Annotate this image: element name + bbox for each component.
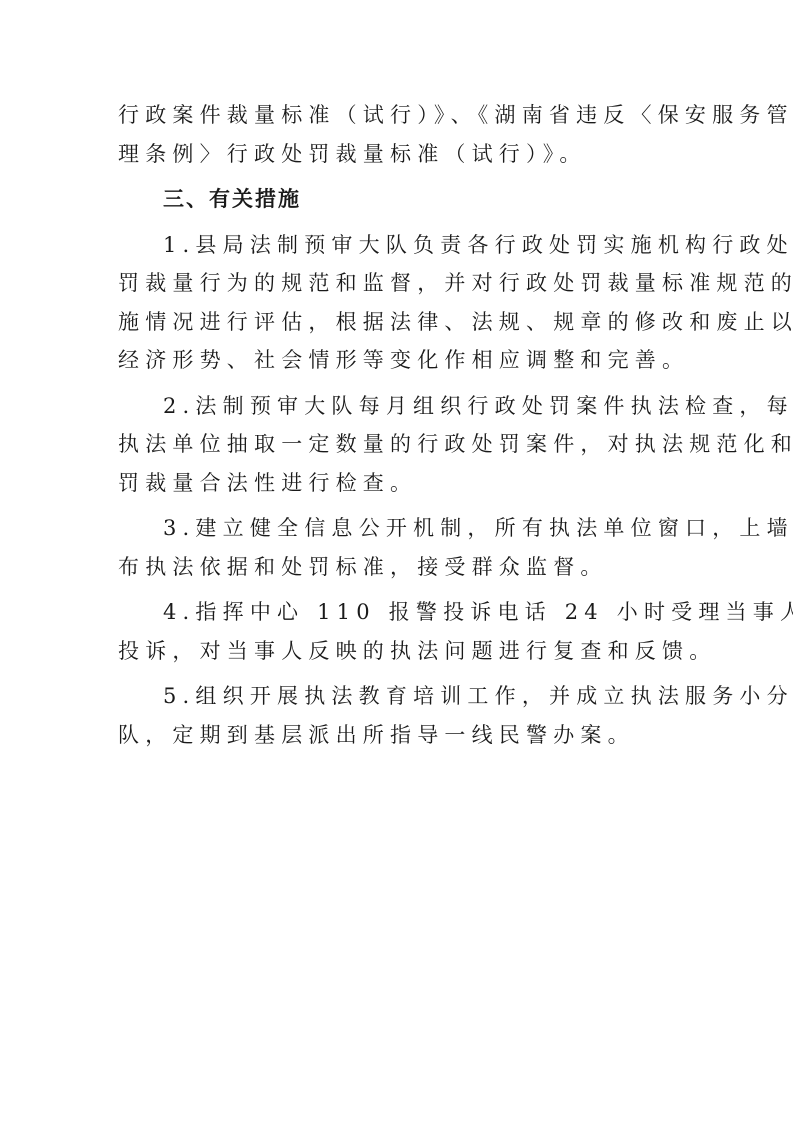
text-line: 投诉，对当事人反映的执法问题进行复查和反馈。: [118, 632, 674, 671]
text-line: 罚裁量合法性进行检查。: [118, 464, 674, 503]
text-line: 队，定期到基层派出所指导一线民警办案。: [118, 716, 674, 755]
text-line: 4.指挥中心 110 报警投诉电话 24 小时受理当事人执法: [118, 593, 674, 632]
text-line: 罚裁量行为的规范和监督，并对行政处罚裁量标准规范的实: [118, 264, 674, 303]
text-line: 执法单位抽取一定数量的行政处罚案件，对执法规范化和处: [118, 425, 674, 464]
measure-item-2: 2.法制预审大队每月组织行政处罚案件执法检查，每个 执法单位抽取一定数量的行政处…: [118, 387, 674, 503]
measure-item-3: 3.建立健全信息公开机制，所有执法单位窗口，上墙公 布执法依据和处罚标准，接受群…: [118, 509, 674, 586]
measure-item-5: 5.组织开展执法教育培训工作，并成立执法服务小分 队，定期到基层派出所指导一线民…: [118, 677, 674, 754]
intro-paragraph: 行政案件裁量标准（试行）》、《湖南省违反〈保安服务管 理条例〉行政处罚裁量标准（…: [118, 96, 674, 173]
text-line: 理条例〉行政处罚裁量标准（试行）》。: [118, 135, 674, 174]
text-line: 1.县局法制预审大队负责各行政处罚实施机构行政处: [118, 226, 674, 265]
text-line: 5.组织开展执法教育培训工作，并成立执法服务小分: [118, 677, 674, 716]
document-page: 行政案件裁量标准（试行）》、《湖南省违反〈保安服务管 理条例〉行政处罚裁量标准（…: [118, 96, 674, 754]
text-line: 3.建立健全信息公开机制，所有执法单位窗口，上墙公: [118, 509, 674, 548]
measure-item-1: 1.县局法制预审大队负责各行政处罚实施机构行政处 罚裁量行为的规范和监督，并对行…: [118, 226, 674, 380]
section-heading: 三、有关措施: [118, 180, 674, 219]
text-line: 2.法制预审大队每月组织行政处罚案件执法检查，每个: [118, 387, 674, 426]
text-line: 经济形势、社会情形等变化作相应调整和完善。: [118, 341, 674, 380]
text-line: 施情况进行评估，根据法律、法规、规章的修改和废止以及: [118, 303, 674, 342]
measure-item-4: 4.指挥中心 110 报警投诉电话 24 小时受理当事人执法 投诉，对当事人反映…: [118, 593, 674, 670]
text-line: 布执法依据和处罚标准，接受群众监督。: [118, 548, 674, 587]
text-line: 行政案件裁量标准（试行）》、《湖南省违反〈保安服务管: [118, 96, 674, 135]
